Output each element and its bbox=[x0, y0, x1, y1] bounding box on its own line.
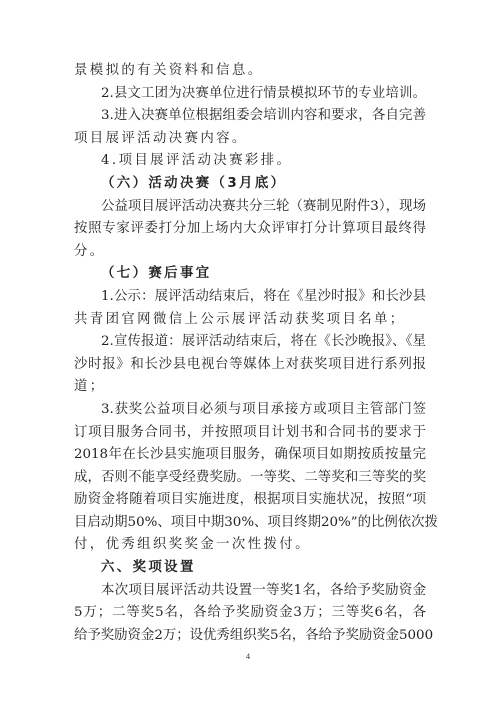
text-line: 1.公示：展评活动结束后，将在《星沙时报》和长沙县 bbox=[74, 286, 426, 309]
section-heading: （六）活动决赛（3月底） bbox=[74, 173, 426, 196]
text-line: 给予奖励资金2万；设优秀组织奖5名，各给予奖励资金5000 bbox=[74, 625, 426, 648]
text-line: 项目展评活动决赛内容。 bbox=[74, 128, 426, 151]
text-line: 景模拟的有关资料和信息。 bbox=[74, 60, 426, 83]
text-line: 3.进入决赛单位根据组委会培训内容和要求，各自完善 bbox=[74, 105, 426, 128]
text-line: 公益项目展评活动决赛共分三轮（赛制见附件3），现场 bbox=[74, 196, 426, 219]
page-number: 4 bbox=[246, 652, 250, 661]
text-line: 按照专家评委打分加上场内大众评审打分计算项目最终得 bbox=[74, 218, 426, 241]
text-line: 分。 bbox=[74, 241, 426, 264]
text-line: 共青团官网微信上公示展评活动获奖项目名单； bbox=[74, 309, 426, 332]
text-line: 5万；二等奖5名，各给予奖励资金3万；三等奖6名，各 bbox=[74, 602, 426, 625]
text-line: 沙时报》和长沙县电视台等媒体上对获奖项目进行系列报 bbox=[74, 354, 426, 377]
text-line: 3.获奖公益项目必须与项目承接方或项目主管部门签 bbox=[74, 399, 426, 422]
section-heading: 六、奖项设置 bbox=[74, 557, 426, 580]
text-line: 目启动期50%、项目中期30%、项目终期20%”的比例依次拨 bbox=[74, 512, 426, 535]
text-line: 励资金将随着项目实施进度，根据项目实施状况，按照“项 bbox=[74, 489, 426, 512]
document-body: 景模拟的有关资料和信息。 2.县文工团为决赛单位进行情景模拟环节的专业培训。 3… bbox=[74, 60, 426, 647]
text-line: 付，优秀组织奖奖金一次性拨付。 bbox=[74, 534, 426, 557]
text-line: 2.县文工团为决赛单位进行情景模拟环节的专业培训。 bbox=[74, 83, 426, 106]
document-page: 景模拟的有关资料和信息。 2.县文工团为决赛单位进行情景模拟环节的专业培训。 3… bbox=[0, 0, 501, 712]
text-line: 本次项目展评活动共设置一等奖1名，各给予奖励资金 bbox=[74, 580, 426, 603]
text-line: 2018年在长沙县实施项目服务，确保项目如期按质按量完 bbox=[74, 444, 426, 467]
text-line: 订项目服务合同书，并按照项目计划书和合同书的要求于 bbox=[74, 422, 426, 445]
text-line: 成，否则不能享受经费奖励。一等奖、二等奖和三等奖的奖 bbox=[74, 467, 426, 490]
text-line: 4.项目展评活动决赛彩排。 bbox=[74, 150, 426, 173]
text-line: 道； bbox=[74, 376, 426, 399]
text-line: 2.宣传报道：展评活动结束后，将在《长沙晚报》、《星 bbox=[74, 331, 426, 354]
section-heading: （七）赛后事宜 bbox=[74, 263, 426, 286]
